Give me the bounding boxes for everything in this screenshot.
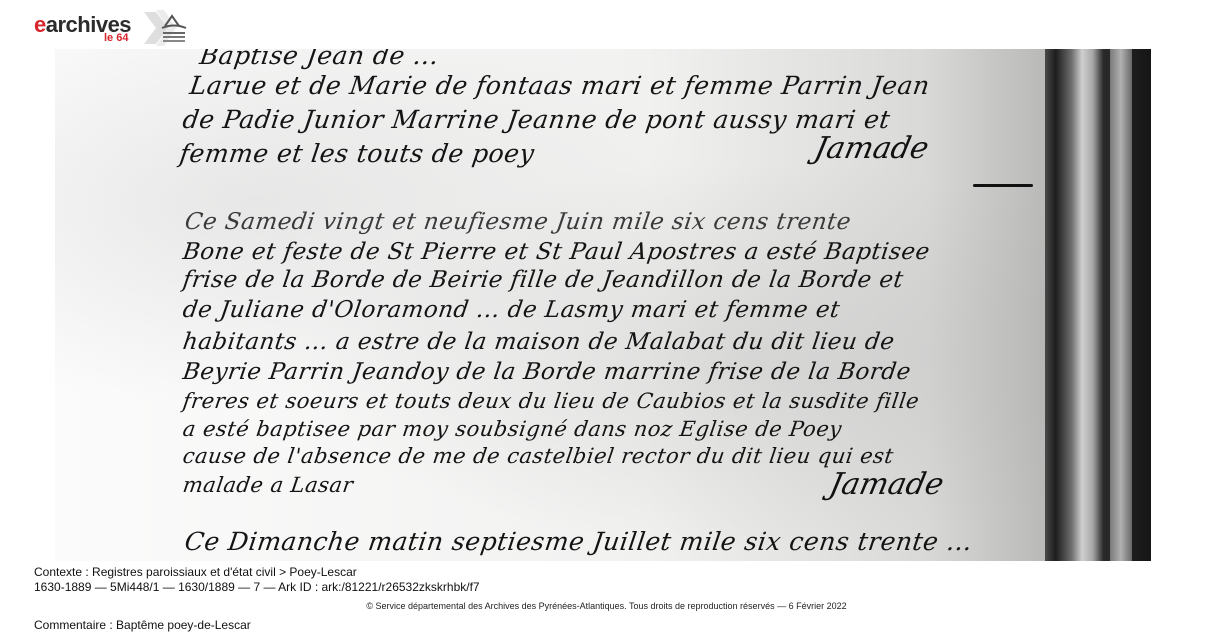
manuscript-line: cause de l'absence de me de castelbiel r… (181, 444, 895, 468)
book-binding (1045, 49, 1151, 561)
manuscript-line: frise de la Borde de Beirie fille de Jea… (181, 267, 905, 293)
manuscript-line: Baptisé Jean de ... (198, 49, 441, 70)
binding-highlight (1110, 49, 1132, 561)
signature: Jamade (826, 467, 947, 502)
manuscript-line: a esté baptisee par moy soubsigné dans n… (181, 417, 843, 441)
document-image-viewer[interactable]: Baptisé Jean de ... Larue et de Marie de… (55, 49, 1151, 561)
earchives-logo[interactable]: earchives le 64 (34, 8, 194, 46)
manuscript-line: femme et les touts de poey (178, 139, 536, 168)
manuscript-line: freres et soeurs et touts deux du lieu d… (181, 389, 921, 413)
manuscript-line: malade a Lasar (181, 473, 355, 497)
reference-info: 1630-1889 — 5Mi448/1 — 1630/1889 — 7 — A… (34, 580, 480, 594)
manuscript-line: de Padie Junior Marrine Jeanne de pont a… (181, 105, 892, 134)
manuscript-line: Beyrie Parrin Jeandoy de la Borde marrin… (181, 359, 913, 385)
manuscript-line: habitants ... a estre de la maison de Ma… (181, 329, 896, 355)
logo-prefix: e (34, 12, 46, 37)
copyright-notice: © Service départemental des Archives des… (0, 601, 1213, 611)
manuscript-line: Ce Dimanche matin septiesme Juillet mile… (183, 527, 974, 556)
manuscript-line: de Juliane d'Oloramond ... de Lasmy mari… (181, 297, 841, 323)
manuscript-line: Larue et de Marie de fontaas mari et fem… (188, 71, 932, 100)
comment-text: Commentaire : Baptême poey-de-Lescar (34, 618, 251, 632)
signature-flourish (973, 184, 1033, 187)
pyrenees-atlantiques-logo-icon (159, 12, 189, 44)
logo-subtitle: le 64 (104, 32, 128, 44)
manuscript-line: Bone et feste de St Pierre et St Paul Ap… (181, 239, 931, 265)
context-breadcrumb: Contexte : Registres paroissiaux et d'ét… (34, 565, 357, 579)
manuscript-line: Ce Samedi vingt et neufiesme Juin mile s… (183, 209, 853, 235)
signature: Jamade (811, 131, 932, 166)
